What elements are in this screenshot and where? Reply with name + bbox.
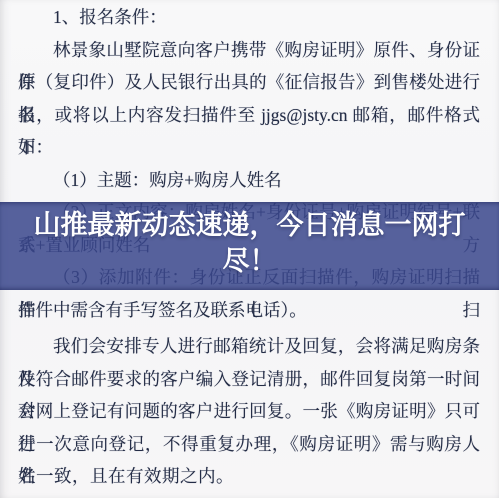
document-line: 下： — [18, 131, 480, 164]
document-line: 名一致，且在有效期之内。 — [18, 460, 480, 493]
document-line: 对网上登记有问题的客户进行回复。一张《购房证明》只可进 — [18, 395, 480, 428]
document-line: （1）主题：购房+购房人姓名 — [18, 164, 480, 197]
banner-headline: 山推最新动态速递，今日消息一网打尽！ — [27, 202, 473, 279]
document-line: 名，或将以上内容发扫描件至 jjgs@jsty.cn 邮箱，邮件格式如 — [18, 99, 480, 132]
document-line: 1、报名条件： — [18, 1, 480, 34]
document-line: 我们会安排专人进行邮箱统计及回复，会将满足购房条件 — [18, 330, 480, 363]
document-line: 行一次意向登记，不得重复办理，《购房证明》需与购房人姓 — [18, 428, 480, 461]
document-line: 件（复印件）及人民银行出具的《征信报告》到售楼处进行报 — [18, 66, 480, 99]
article-image: 1、报名条件：林景象山墅院意向客户携带《购房证明》原件、身份证原件（复印件）及人… — [0, 0, 499, 498]
news-overlay-banner: 山推最新动态速递，今日消息一网打尽！ — [0, 202, 499, 290]
document-line: 林景象山墅院意向客户携带《购房证明》原件、身份证原 — [18, 34, 480, 67]
document-line: 及符合邮件要求的客户编入登记清册，邮件回复岗第一时间会 — [18, 363, 480, 396]
